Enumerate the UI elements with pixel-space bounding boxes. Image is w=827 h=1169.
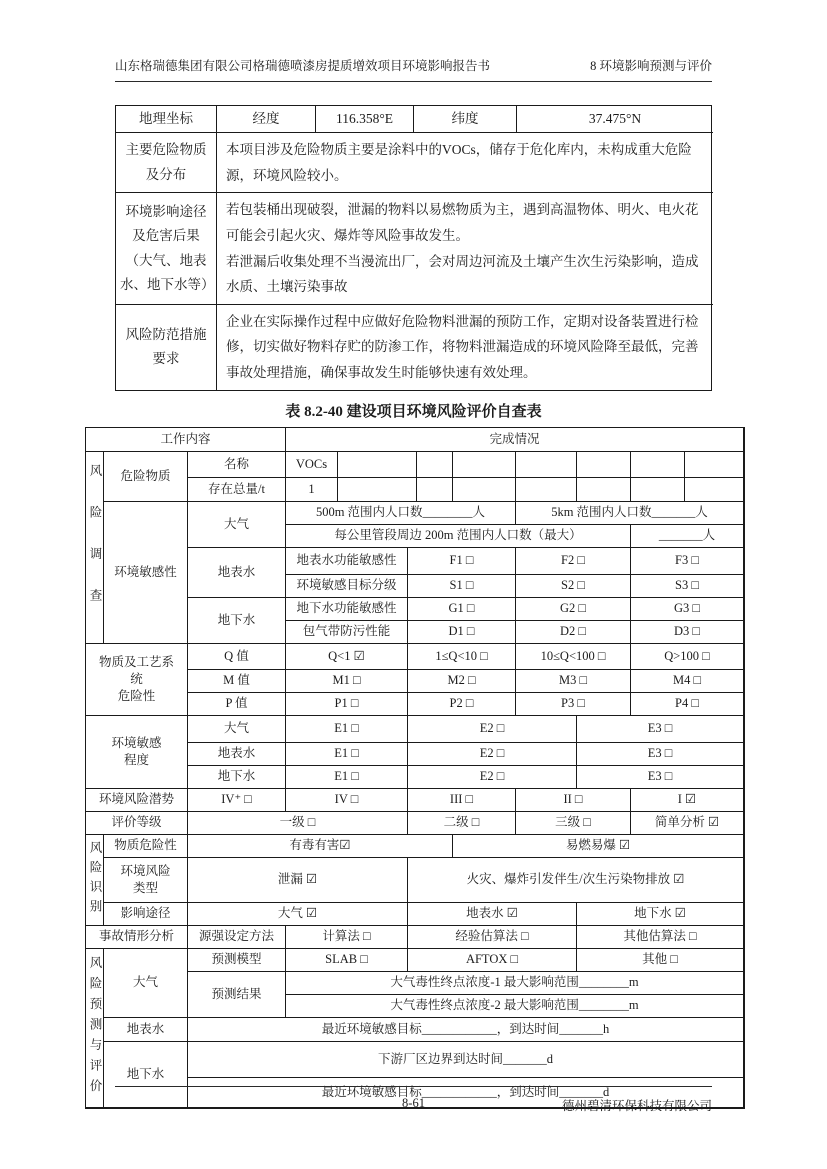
latitude-value: 37.475°N <box>517 106 713 133</box>
hazmat-amount-label: 存在总量/t <box>188 478 286 502</box>
checkbox-p1: P1 □ <box>286 693 408 716</box>
empty-cell <box>685 452 744 478</box>
hazard-substance-label: 主要危险物质及分布 <box>116 133 217 193</box>
sens-surface-label: 地表水 <box>188 548 286 598</box>
checkbox-flammable: 易燃易爆 ☑ <box>453 835 744 858</box>
pipeline-200m: 每公里管段周边 200m 范围内人口数（最大） <box>286 525 631 548</box>
vadose-label: 包气带防污性能 <box>286 621 408 644</box>
hazmat-amount-value: 1 <box>286 478 338 502</box>
page-footer: 8-61 德州碧清环保科技有限公司 <box>115 1086 712 1114</box>
accident-analysis-label: 事故情形分析 <box>86 926 188 949</box>
empty-cell <box>417 452 453 478</box>
longitude-label: 经度 <box>217 106 316 133</box>
checkbox-leak: 泄漏 ☑ <box>188 858 408 903</box>
checkbox-q1: Q<1 ☑ <box>286 644 408 670</box>
surface-nearest-target: 最近环境敏感目标____________，到达时间_______h <box>188 1018 744 1042</box>
hazmat-label: 危险物质 <box>104 452 188 502</box>
checkbox-grade-2: 二级 □ <box>408 812 516 835</box>
checkbox-fire-explosion: 火灾、爆炸引发伴生/次生污染物排放 ☑ <box>408 858 744 903</box>
page-content: 山东格瑞德集团有限公司格瑞德喷漆房提质增效项目环境影响报告书 8 环境影响预测与… <box>0 0 827 1109</box>
th-work-content: 工作内容 <box>86 428 286 452</box>
header-report-title: 山东格瑞德集团有限公司格瑞德喷漆房提质增效项目环境影响报告书 <box>115 56 490 74</box>
empty-cell <box>338 478 417 502</box>
checkbox-s1: S1 □ <box>408 575 516 598</box>
checkbox-p3: P3 □ <box>516 693 631 716</box>
checkbox-e1-ground: E1 □ <box>286 766 408 789</box>
substance-hazard-label: 物质危险性 <box>104 835 188 858</box>
checkbox-pot-iv: IV □ <box>286 789 408 812</box>
checkbox-path-surface: 地表水 ☑ <box>408 903 577 926</box>
checkbox-s3: S3 □ <box>631 575 744 598</box>
checkbox-m3: M3 □ <box>516 670 631 693</box>
impact-pathway-content: 若包装桶出现破裂，泄漏的物料以易燃物质为主，遇到高温物体、明火、电火花可能会引起… <box>217 193 713 305</box>
risk-predict-vlabel: 风险预测与评价 <box>86 956 103 1100</box>
e-ground-label: 地下水 <box>188 766 286 789</box>
pop-5km: 5km 范围内人口数_______人 <box>516 502 744 525</box>
checkbox-g1: G1 □ <box>408 598 516 621</box>
checkbox-d1: D1 □ <box>408 621 516 644</box>
e-air-label: 大气 <box>188 716 286 743</box>
process-hazard-label: 物质及工艺系统 危险性 <box>86 644 188 716</box>
empty-cell <box>338 452 417 478</box>
toxic-endpoint-2: 大气毒性终点浓度-2 最大影响范围________m <box>286 995 744 1018</box>
th-completion: 完成情况 <box>286 428 744 452</box>
predict-model-label: 预测模型 <box>188 949 286 972</box>
checkbox-other-method: 其他估算法 □ <box>577 926 744 949</box>
surface-func-label: 地表水功能敏感性 <box>286 548 408 575</box>
checkbox-empirical-method: 经验估算法 □ <box>408 926 577 949</box>
footer-company: 德州碧清环保科技有限公司 <box>513 1096 712 1114</box>
checkbox-m1: M1 □ <box>286 670 408 693</box>
risk-info-table: 地理坐标 经度 116.358°E 纬度 37.475°N 主要危险物质及分布 … <box>115 105 712 391</box>
checkbox-q2: 1≤Q<10 □ <box>408 644 516 670</box>
target-grade-label: 环境敏感目标分级 <box>286 575 408 598</box>
checkbox-e3-ground: E3 □ <box>577 766 744 789</box>
longitude-value: 116.358°E <box>316 106 414 133</box>
checkbox-f2: F2 □ <box>516 548 631 575</box>
section-risk-ident: 风险识别 <box>86 835 104 926</box>
checkbox-p2: P2 □ <box>408 693 516 716</box>
checkbox-pot-iii: III □ <box>408 789 516 812</box>
empty-cell <box>417 478 453 502</box>
impact-pathway-label: 环境影响途径及危害后果（大气、地表水、地下水等） <box>116 193 217 305</box>
predict-surface-label: 地表水 <box>104 1018 188 1042</box>
ground-func-label: 地下水功能敏感性 <box>286 598 408 621</box>
risk-type-label: 环境风险 类型 <box>104 858 188 903</box>
header-chapter: 8 环境影响预测与评价 <box>590 56 712 74</box>
checkbox-f1: F1 □ <box>408 548 516 575</box>
risk-survey-vlabel: 风险调查 <box>86 464 103 630</box>
checkbox-e1-air: E1 □ <box>286 716 408 743</box>
checkbox-e1-surface: E1 □ <box>286 743 408 766</box>
checkbox-p4: P4 □ <box>631 693 744 716</box>
checkbox-s2: S2 □ <box>516 575 631 598</box>
hazmat-name-value: VOCs <box>286 452 338 478</box>
checkbox-toxic: 有毒有害☑ <box>188 835 453 858</box>
sensitivity-label: 环境敏感性 <box>104 502 188 644</box>
checkbox-slab: SLAB □ <box>286 949 408 972</box>
checkbox-grade-simple: 简单分析 ☑ <box>631 812 744 835</box>
checkbox-path-air: 大气 ☑ <box>188 903 408 926</box>
geo-coord-label: 地理坐标 <box>116 106 217 133</box>
checkbox-e3-air: E3 □ <box>577 716 744 743</box>
sens-air-label: 大气 <box>188 502 286 548</box>
section-risk-predict: 风险预测与评价 <box>86 949 104 1108</box>
env-sens-degree-label: 环境敏感 程度 <box>86 716 188 789</box>
checkbox-aftox: AFTOX □ <box>408 949 577 972</box>
checkbox-q4: Q>100 □ <box>631 644 744 670</box>
checkbox-model-other: 其他 □ <box>577 949 744 972</box>
sens-ground-label: 地下水 <box>188 598 286 644</box>
page-header: 山东格瑞德集团有限公司格瑞德喷漆房提质增效项目环境影响报告书 8 环境影响预测与… <box>115 56 712 82</box>
checkbox-pot-iv-plus: IV⁺ □ <box>188 789 286 812</box>
toxic-endpoint-1: 大气毒性终点浓度-1 最大影响范围________m <box>286 972 744 995</box>
risk-potential-label: 环境风险潜势 <box>86 789 188 812</box>
section-risk-survey: 风险调查 <box>86 452 104 644</box>
checkbox-e2-ground: E2 □ <box>408 766 577 789</box>
page-number: 8-61 <box>314 1096 513 1114</box>
risk-selfcheck-table: 工作内容 完成情况 风险调查 危险物质 名称 VOCs 存在总量/t 1 <box>85 427 745 1109</box>
checkbox-pot-i: I ☑ <box>631 789 744 812</box>
checkbox-g3: G3 □ <box>631 598 744 621</box>
prevention-label: 风险防范措施要求 <box>116 305 217 390</box>
checkbox-g2: G2 □ <box>516 598 631 621</box>
empty-cell <box>453 452 516 478</box>
checkbox-e2-air: E2 □ <box>408 716 577 743</box>
checkbox-d2: D2 □ <box>516 621 631 644</box>
empty-cell <box>577 452 631 478</box>
risk-ident-vlabel: 风险识别 <box>86 841 103 919</box>
p-label: P 值 <box>188 693 286 716</box>
checkbox-f3: F3 □ <box>631 548 744 575</box>
checkbox-grade-3: 三级 □ <box>516 812 631 835</box>
pathway-label: 影响途径 <box>104 903 188 926</box>
empty-cell <box>453 478 516 502</box>
m-label: M 值 <box>188 670 286 693</box>
empty-cell <box>631 478 685 502</box>
empty-cell <box>631 452 685 478</box>
checkbox-m2: M2 □ <box>408 670 516 693</box>
checkbox-grade-1: 一级 □ <box>188 812 408 835</box>
footer-spacer <box>115 1096 314 1114</box>
checkbox-d3: D3 □ <box>631 621 744 644</box>
hazmat-name-label: 名称 <box>188 452 286 478</box>
checkbox-calc-method: 计算法 □ <box>286 926 408 949</box>
prevention-content: 企业在实际操作过程中应做好危险物料泄漏的预防工作，定期对设备装置进行检修，切实做… <box>217 305 713 390</box>
pipeline-200m-blank: _______人 <box>631 525 744 548</box>
predict-result-label: 预测结果 <box>188 972 286 1018</box>
table-title: 表 8.2-40 建设项目环境风险评价自查表 <box>115 400 712 421</box>
checkbox-e2-surface: E2 □ <box>408 743 577 766</box>
checkbox-path-ground: 地下水 ☑ <box>577 903 744 926</box>
checkbox-e3-surface: E3 □ <box>577 743 744 766</box>
source-method-label: 源强设定方法 <box>188 926 286 949</box>
empty-cell <box>577 478 631 502</box>
checkbox-pot-ii: II □ <box>516 789 631 812</box>
latitude-label: 纬度 <box>414 106 517 133</box>
empty-cell <box>516 478 577 502</box>
e-surface-label: 地表水 <box>188 743 286 766</box>
empty-cell <box>685 478 744 502</box>
q-label: Q 值 <box>188 644 286 670</box>
ground-boundary-time: 下游厂区边界到达时间_______d <box>188 1042 744 1078</box>
document-page: 山东格瑞德集团有限公司格瑞德喷漆房提质增效项目环境影响报告书 8 环境影响预测与… <box>0 0 827 1169</box>
empty-cell <box>516 452 577 478</box>
checkbox-m4: M4 □ <box>631 670 744 693</box>
predict-air-label: 大气 <box>104 949 188 1018</box>
pop-500m: 500m 范围内人口数________人 <box>286 502 516 525</box>
hazard-substance-content: 本项目涉及危险物质主要是涂料中的VOCs，储存于危化库内，未构成重大危险源，环境… <box>217 133 713 193</box>
eval-grade-label: 评价等级 <box>86 812 188 835</box>
checkbox-q3: 10≤Q<100 □ <box>516 644 631 670</box>
